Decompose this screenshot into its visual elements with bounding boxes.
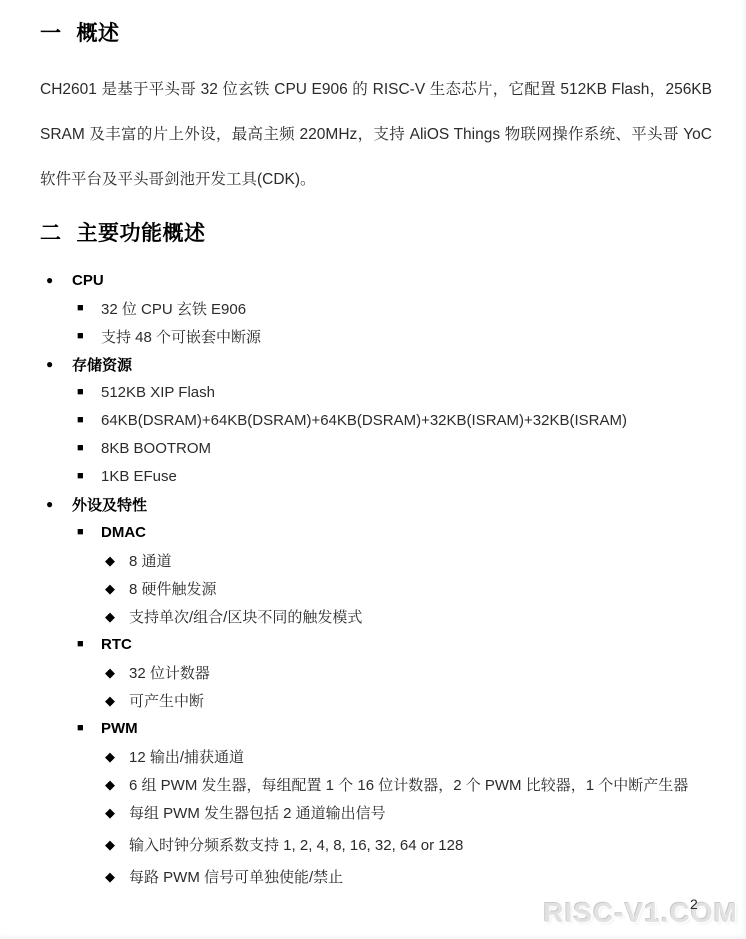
square-bullet-icon: ■	[77, 723, 101, 734]
diamond-bullet-icon: ◆	[105, 870, 129, 883]
feature-item-label: PWM	[101, 720, 138, 737]
feature-item: ■DMAC	[0, 518, 746, 546]
feature-item: ●CPU	[0, 266, 746, 294]
square-bullet-icon: ■	[77, 527, 101, 538]
feature-item: ■512KB XIP Flash	[0, 378, 746, 406]
feature-item: ■8KB BOOTROM	[0, 434, 746, 462]
feature-item: ◆32 位计数器	[0, 658, 746, 686]
diamond-bullet-icon: ◆	[105, 838, 129, 851]
feature-item-label: 可产生中断	[129, 690, 204, 711]
feature-item-label: 6 组 PWM 发生器，每组配置 1 个 16 位计数器，2 个 PWM 比较器…	[129, 774, 688, 795]
section-overview-heading: 一概述	[40, 0, 712, 46]
square-bullet-icon: ■	[77, 443, 101, 454]
section-features-title: 主要功能概述	[77, 222, 206, 245]
feature-item: ■64KB(DSRAM)+64KB(DSRAM)+64KB(DSRAM)+32K…	[0, 406, 746, 434]
diamond-bullet-icon: ◆	[105, 666, 129, 679]
feature-item-label: 32 位 CPU 玄铁 E906	[101, 298, 246, 319]
circle-bullet-icon: ●	[46, 274, 72, 286]
feature-item-label: 512KB XIP Flash	[101, 384, 215, 401]
feature-item: ◆每路 PWM 信号可单独使能/禁止	[0, 862, 746, 890]
square-bullet-icon: ■	[77, 303, 101, 314]
feature-item: ◆可产生中断	[0, 686, 746, 714]
document-page: 一概述 CH2601 是基于平头哥 32 位玄铁 CPU E906 的 RISC…	[0, 0, 746, 939]
square-bullet-icon: ■	[77, 471, 101, 482]
circle-bullet-icon: ●	[46, 498, 72, 510]
square-bullet-icon: ■	[77, 331, 101, 342]
section-overview-number: 一	[40, 22, 62, 46]
watermark: RISC-V1.COM	[543, 897, 738, 929]
feature-item: ■支持 48 个可嵌套中断源	[0, 322, 746, 350]
feature-item-label: 支持单次/组合/区块不同的触发模式	[129, 606, 362, 627]
feature-item-label: 12 输出/捕获通道	[129, 746, 244, 767]
page-number: 2	[690, 896, 698, 912]
feature-item-label: 存储资源	[72, 354, 132, 375]
feature-list: ●CPU■32 位 CPU 玄铁 E906■支持 48 个可嵌套中断源●存储资源…	[0, 266, 746, 890]
feature-item-label: 支持 48 个可嵌套中断源	[101, 326, 261, 347]
feature-item: ◆支持单次/组合/区块不同的触发模式	[0, 602, 746, 630]
diamond-bullet-icon: ◆	[105, 554, 129, 567]
feature-item-label: DMAC	[101, 524, 146, 541]
square-bullet-icon: ■	[77, 415, 101, 426]
feature-item-label: CPU	[72, 272, 104, 289]
feature-item-label: 每组 PWM 发生器包括 2 通道输出信号	[129, 802, 386, 823]
diamond-bullet-icon: ◆	[105, 582, 129, 595]
feature-item: ■1KB EFuse	[0, 462, 746, 490]
feature-item: ◆输入时钟分频系数支持 1, 2, 4, 8, 16, 32, 64 or 12…	[0, 830, 746, 858]
feature-item: ■PWM	[0, 714, 746, 742]
feature-item: ◆12 输出/捕获通道	[0, 742, 746, 770]
feature-item-label: 8KB BOOTROM	[101, 440, 211, 457]
section-overview-title: 概述	[77, 22, 120, 45]
feature-item-label: 1KB EFuse	[101, 468, 177, 485]
feature-item: ◆8 硬件触发源	[0, 574, 746, 602]
square-bullet-icon: ■	[77, 387, 101, 398]
diamond-bullet-icon: ◆	[105, 806, 129, 819]
diamond-bullet-icon: ◆	[105, 694, 129, 707]
feature-item-label: 外设及特性	[72, 494, 147, 515]
square-bullet-icon: ■	[77, 639, 101, 650]
feature-item-label: 输入时钟分频系数支持 1, 2, 4, 8, 16, 32, 64 or 128	[129, 834, 463, 855]
section-features-heading: 二主要功能概述	[40, 222, 712, 246]
feature-item-label: 8 硬件触发源	[129, 578, 217, 599]
diamond-bullet-icon: ◆	[105, 778, 129, 791]
feature-item-label: 每路 PWM 信号可单独使能/禁止	[129, 866, 343, 887]
diamond-bullet-icon: ◆	[105, 750, 129, 763]
feature-item: ◆6 组 PWM 发生器，每组配置 1 个 16 位计数器，2 个 PWM 比较…	[0, 770, 746, 798]
section-features-number: 二	[40, 222, 62, 246]
feature-item-label: RTC	[101, 636, 132, 653]
feature-item-label: 8 通道	[129, 550, 172, 571]
feature-item: ●外设及特性	[0, 490, 746, 518]
feature-item: ◆8 通道	[0, 546, 746, 574]
feature-item: ■32 位 CPU 玄铁 E906	[0, 294, 746, 322]
overview-paragraph: CH2601 是基于平头哥 32 位玄铁 CPU E906 的 RISC-V 生…	[40, 67, 712, 202]
circle-bullet-icon: ●	[46, 358, 72, 370]
feature-item-label: 64KB(DSRAM)+64KB(DSRAM)+64KB(DSRAM)+32KB…	[101, 412, 627, 429]
feature-item: ●存储资源	[0, 350, 746, 378]
feature-item-label: 32 位计数器	[129, 662, 210, 683]
feature-item: ■RTC	[0, 630, 746, 658]
diamond-bullet-icon: ◆	[105, 610, 129, 623]
feature-item: ◆每组 PWM 发生器包括 2 通道输出信号	[0, 798, 746, 826]
